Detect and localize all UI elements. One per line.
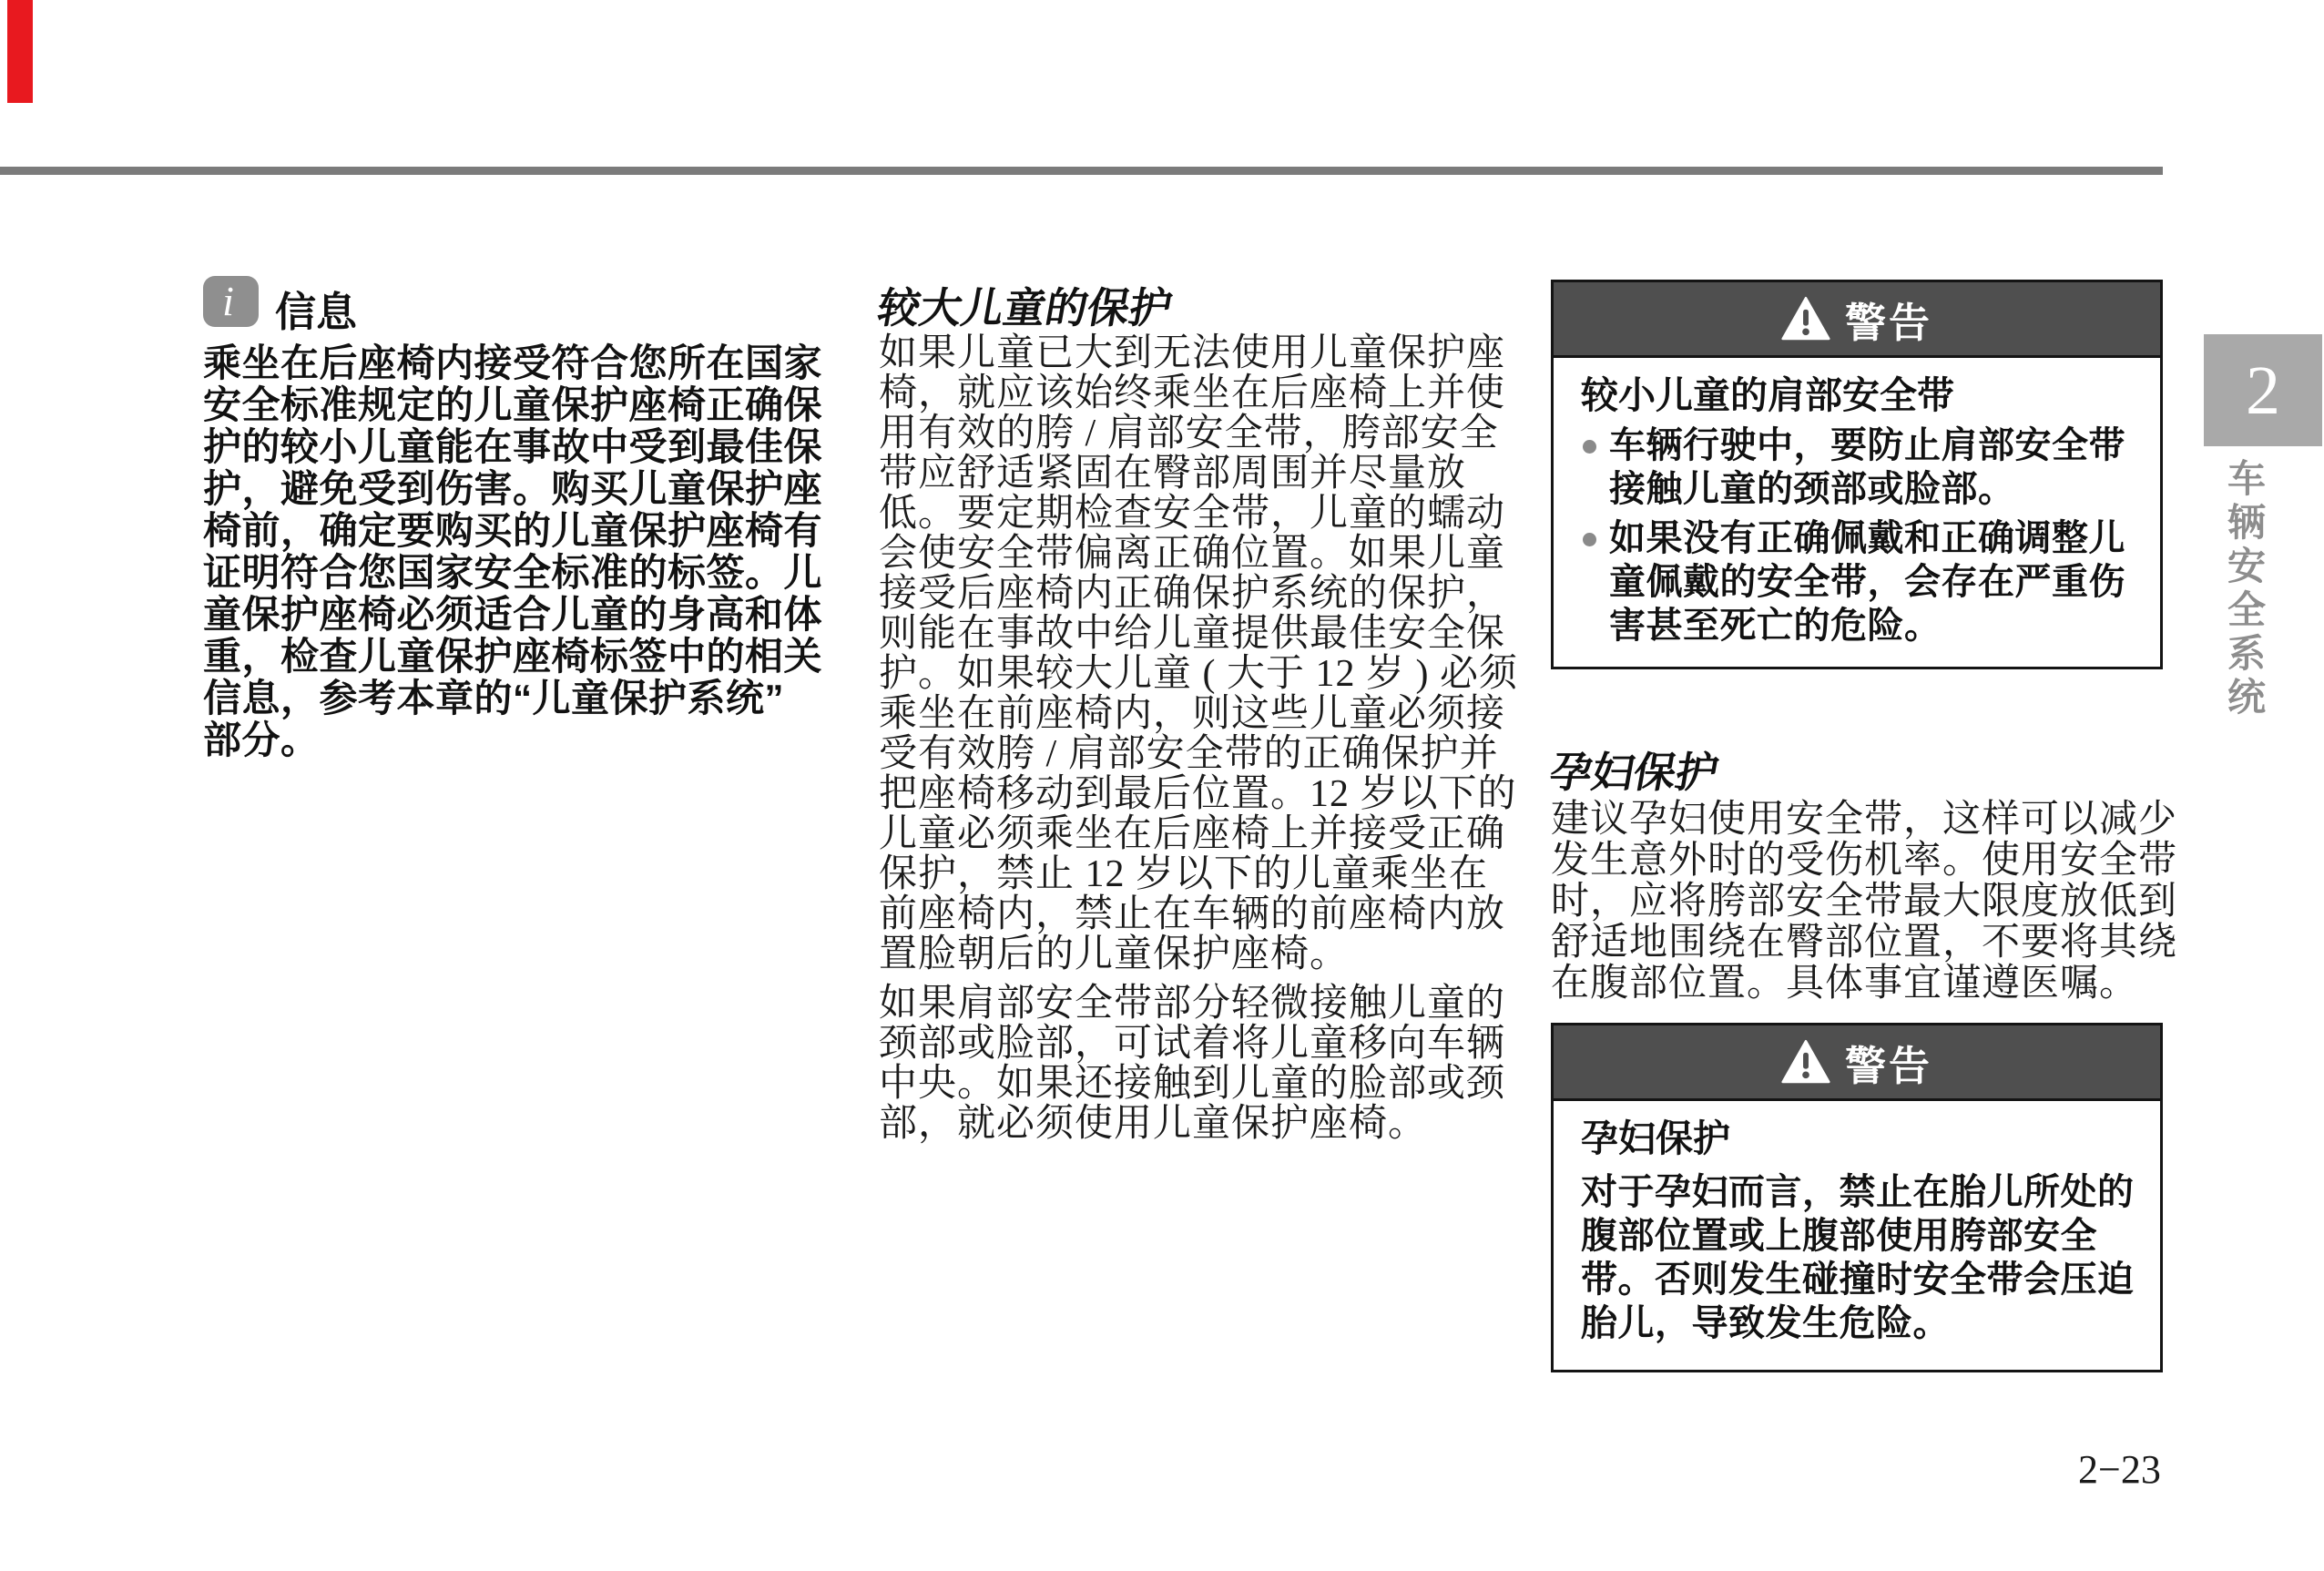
warning-triangle-icon — [1781, 1039, 1830, 1085]
page-number: 2−23 — [2078, 1446, 2161, 1493]
older-children-paragraph-1: 如果儿童已大到无法使用儿童保护座 椅，就应该始终乘坐在后座椅上并使 用有效的胯 … — [879, 333, 1531, 974]
chapter-number: 2 — [2246, 356, 2280, 425]
warning-header: 警告 — [1554, 282, 2160, 358]
manual-page: 2 车辆安全系统 i 信息 乘坐在后座椅内接受符合您所在国家 安全标准规定的儿童… — [0, 0, 2324, 1571]
warning-body: 孕妇保护 对于孕妇而言，禁止在胎儿所处的 腹部位置或上腹部使用胯部安全 带。否则… — [1554, 1101, 2160, 1345]
chapter-tab-label: 车辆安全系统 — [2218, 458, 2269, 720]
bullet-dot-icon — [1583, 533, 1596, 546]
info-icon: i — [203, 276, 259, 327]
warning-box-shoulder-belt: 警告 较小儿童的肩部安全带 车辆行驶中，要防止肩部安全带 接触儿童的颈部或脸部。… — [1551, 280, 2163, 669]
warning-triangle-icon — [1781, 296, 1830, 342]
chapter-tab: 2 — [2204, 334, 2322, 446]
warning-body: 较小儿童的肩部安全带 车辆行驶中，要防止肩部安全带 接触儿童的颈部或脸部。 如果… — [1554, 358, 2160, 648]
warning-box-pregnant: 警告 孕妇保护 对于孕妇而言，禁止在胎儿所处的 腹部位置或上腹部使用胯部安全 带… — [1551, 1023, 2163, 1372]
older-children-paragraph-2: 如果肩部安全带部分轻微接触儿童的 颈部或脸部，可试着将儿童移向车辆 中央。如果还… — [879, 984, 1531, 1144]
info-icon-glyph: i — [222, 281, 240, 322]
info-note-body: 乘坐在后座椅内接受符合您所在国家 安全标准规定的儿童保护座椅正确保 护的较小儿童… — [203, 342, 846, 761]
warning-bullet-text: 如果没有正确佩戴和正确调整儿 童佩戴的安全带，会存在严重伤 害甚至死亡的危险。 — [1609, 516, 2125, 648]
warning-bullet-text: 车辆行驶中，要防止肩部安全带 接触儿童的颈部或脸部。 — [1609, 423, 2125, 511]
section-heading-pregnant: 孕妇保护 — [1551, 740, 1718, 800]
warning-bullet-item: 车辆行驶中，要防止肩部安全带 接触儿童的颈部或脸部。 — [1581, 423, 2140, 511]
page-edge-red-mark — [7, 0, 33, 103]
warning-header: 警告 — [1554, 1025, 2160, 1101]
section-heading-older-children: 较大儿童的保护 — [879, 275, 1172, 335]
warning-title: 较小儿童的肩部安全带 — [1581, 372, 2140, 418]
top-horizontal-rule — [0, 167, 2163, 175]
info-note-title: 信息 — [275, 279, 357, 338]
warning-paragraph: 对于孕妇而言，禁止在胎儿所处的 腹部位置或上腹部使用胯部安全 带。否则发生碰撞时… — [1581, 1170, 2140, 1345]
warning-header-label: 警告 — [1845, 290, 1932, 349]
warning-bullet-item: 如果没有正确佩戴和正确调整儿 童佩戴的安全带，会存在严重伤 害甚至死亡的危险。 — [1581, 516, 2140, 648]
pregnant-paragraph: 建议孕妇使用安全带，这样可以减少 发生意外时的受伤机率。使用安全带 时，应将胯部… — [1551, 800, 2245, 1005]
bullet-dot-icon — [1583, 440, 1596, 454]
warning-title: 孕妇保护 — [1581, 1116, 2140, 1161]
warning-header-label: 警告 — [1845, 1033, 1932, 1092]
